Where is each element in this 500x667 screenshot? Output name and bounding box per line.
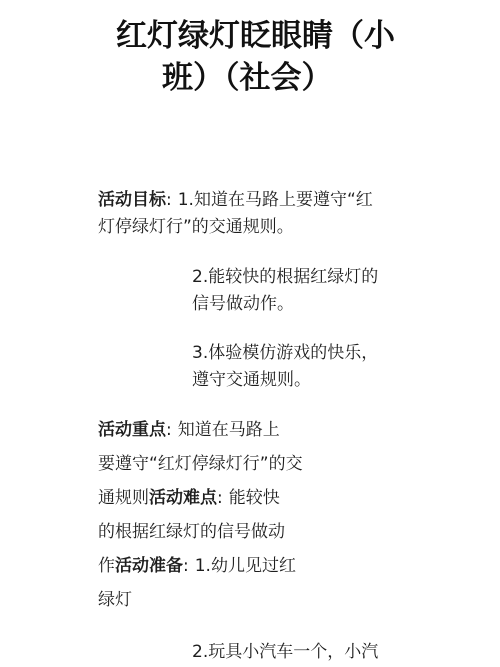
goal-item-1: 1.知道在马路上要遵守“红	[178, 190, 373, 210]
key-points-line-3: 通规则活动难点:能较快	[98, 487, 280, 509]
goal-item-2: 2.能较快的根据红绿灯的	[192, 266, 378, 288]
key-points-line-1: 活动重点:知道在马路上	[98, 419, 280, 441]
goals-line-1: 活动目标:1.知道在马路上要遵守“红	[98, 189, 373, 211]
preparation-item-1: 1.幼儿见过红	[195, 556, 296, 576]
title-line-2: 班）（社会）	[162, 58, 333, 98]
goal-item-2-cont: 信号做动作。	[192, 293, 294, 315]
preparation-label: 活动准备	[115, 556, 183, 576]
goals-colon: :	[166, 190, 172, 210]
title-line-1: 红灯绿灯眨眼睛（小	[116, 16, 395, 56]
difficulties-colon: :	[217, 488, 223, 508]
preparation-item-1-cont: 绿灯	[98, 589, 132, 611]
difficulties-line-2: 的根据红绿灯的信号做动	[98, 521, 285, 543]
key-points-line-2: 要遵守“红灯停绿灯行”的交	[98, 453, 303, 475]
difficulties-line-3: 作活动准备:1.幼儿见过红	[98, 555, 296, 577]
key-points-label: 活动重点	[98, 420, 166, 440]
goal-item-1-cont: 灯停绿灯行”的交通规则。	[98, 216, 294, 238]
difficulties-label: 活动难点	[149, 488, 217, 508]
goal-item-3-cont: 遵守交通规则。	[192, 369, 311, 391]
goal-item-3: 3.体验模仿游戏的快乐，	[192, 342, 378, 364]
goals-label: 活动目标	[98, 190, 166, 210]
key-points-colon: :	[166, 420, 172, 440]
preparation-item-2: 2.玩具小汽车一个，小汽	[192, 641, 378, 663]
preparation-colon: :	[183, 556, 189, 576]
